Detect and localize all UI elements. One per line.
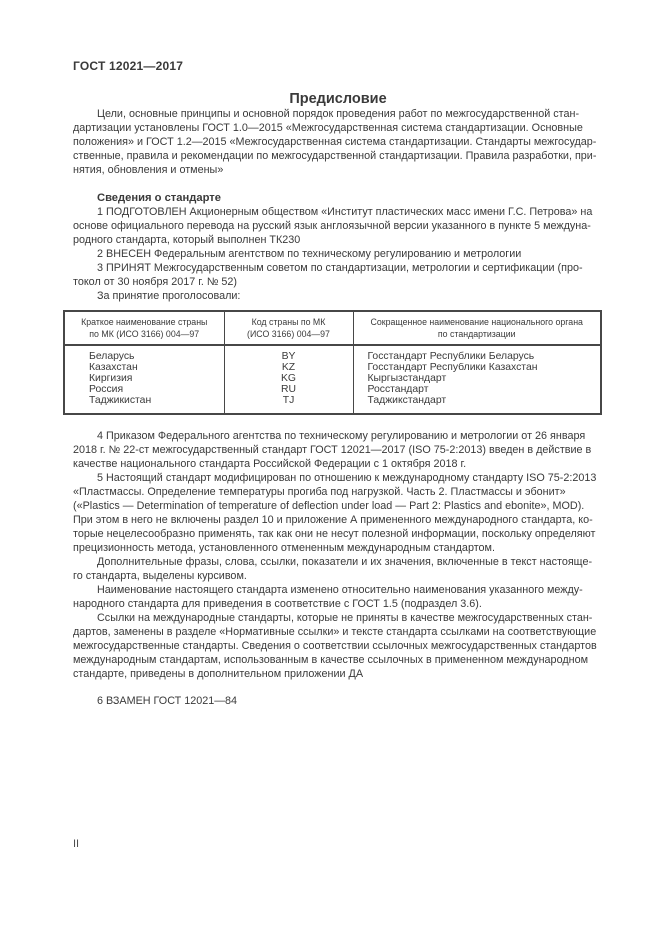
vote-table-header-code: Код страны по МК (ИСО 3166) 004—97: [224, 311, 353, 345]
table-row: Беларусь BY Госстандарт Республики Белар…: [64, 345, 601, 363]
vote-table-header-row: Краткое наименование страны по МК (ИСО 3…: [64, 311, 601, 345]
cell-country: Беларусь: [64, 345, 224, 363]
cell-org: Госстандарт Республики Беларусь: [353, 345, 601, 363]
item-5-modified: 5 Настоящий стандарт модифицирован по от…: [73, 471, 603, 555]
cell-org: Таджикстандарт: [353, 396, 601, 414]
item-5-note-references: Ссылки на международные стандарты, котор…: [73, 611, 603, 681]
cell-org: Росстандарт: [353, 385, 601, 396]
cell-code: TJ: [224, 396, 353, 414]
page-number: II: [73, 838, 79, 850]
cell-code: KG: [224, 374, 353, 385]
intro-paragraph: Цели, основные принципы и основной поряд…: [73, 107, 603, 177]
document-page: ГОСТ 12021—2017 Предисловие Цели, основн…: [0, 0, 661, 935]
cell-code: BY: [224, 345, 353, 363]
cell-country: Таджикистан: [64, 396, 224, 414]
doc-code: ГОСТ 12021—2017: [73, 59, 603, 73]
table-row: Киргизия KG Кыргызстандарт: [64, 374, 601, 385]
vote-intro: За принятие проголосовали:: [73, 289, 603, 303]
item-2-submitted: 2 ВНЕСЕН Федеральным агентством по техни…: [73, 247, 603, 261]
cell-code: KZ: [224, 363, 353, 374]
document-content: ГОСТ 12021—2017 Предисловие Цели, основн…: [73, 59, 603, 708]
table-row: Россия RU Росстандарт: [64, 385, 601, 396]
item-5-note-title-changed: Наименование настоящего стандарта измене…: [73, 583, 603, 611]
table-row: Таджикистан TJ Таджикстандарт: [64, 396, 601, 414]
item-5-note-italic-phrases: Дополнительные фразы, слова, ссылки, пок…: [73, 555, 603, 583]
item-1-prepared: 1 ПОДГОТОВЛЕН Акционерным обществом «Инс…: [73, 205, 603, 247]
cell-country: Казахстан: [64, 363, 224, 374]
vote-table-header-org: Сокращенное наименование национального о…: [353, 311, 601, 345]
cell-org: Госстандарт Республики Казахстан: [353, 363, 601, 374]
page-title: Предисловие: [73, 91, 603, 107]
cell-code: RU: [224, 385, 353, 396]
cell-country: Киргизия: [64, 374, 224, 385]
cell-country: Россия: [64, 385, 224, 396]
vote-table-header-country: Краткое наименование страны по МК (ИСО 3…: [64, 311, 224, 345]
item-4-order: 4 Приказом Федерального агентства по тех…: [73, 429, 603, 471]
vote-table: Краткое наименование страны по МК (ИСО 3…: [63, 310, 602, 415]
item-3-adopted: 3 ПРИНЯТ Межгосударственным советом по с…: [73, 261, 603, 289]
item-6-replaces: 6 ВЗАМЕН ГОСТ 12021—84: [73, 694, 603, 708]
cell-org: Кыргызстандарт: [353, 374, 601, 385]
section-heading-standard-info: Сведения о стандарте: [73, 191, 603, 205]
table-row: Казахстан KZ Госстандарт Республики Каза…: [64, 363, 601, 374]
